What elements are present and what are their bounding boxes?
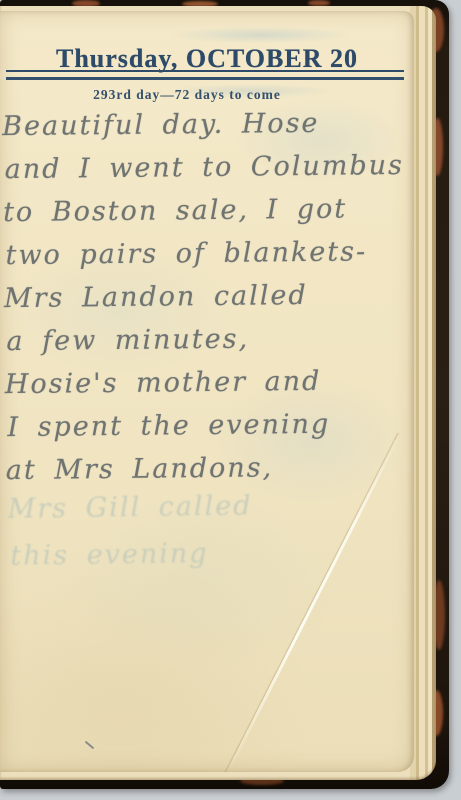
handwritten-line: to Boston sale, I got bbox=[3, 187, 411, 234]
handwritten-line: Mrs Landon called bbox=[4, 273, 412, 320]
handwritten-line: Hosie's mother and bbox=[5, 359, 413, 406]
handwritten-line: two pairs of blankets- bbox=[3, 230, 411, 277]
handwritten-line: I spent the evening bbox=[5, 402, 413, 449]
handwritten-line: Beautiful day. Hose bbox=[2, 101, 410, 148]
pencil-speck bbox=[85, 741, 95, 750]
diary-entry: Beautiful day. Hose and I went to Columb… bbox=[2, 101, 414, 492]
scanned-diary-photo: Thursday, OCTOBER 20 293rd day—72 days t… bbox=[0, 0, 461, 800]
faint-handwritten-line: Mrs Gill called bbox=[7, 480, 408, 533]
header-divider bbox=[6, 70, 404, 80]
handwritten-line: and I went to Columbus bbox=[2, 144, 410, 191]
handwritten-line: a few minutes, bbox=[4, 316, 412, 363]
diary-page: Thursday, OCTOBER 20 293rd day—72 days t… bbox=[0, 11, 414, 772]
